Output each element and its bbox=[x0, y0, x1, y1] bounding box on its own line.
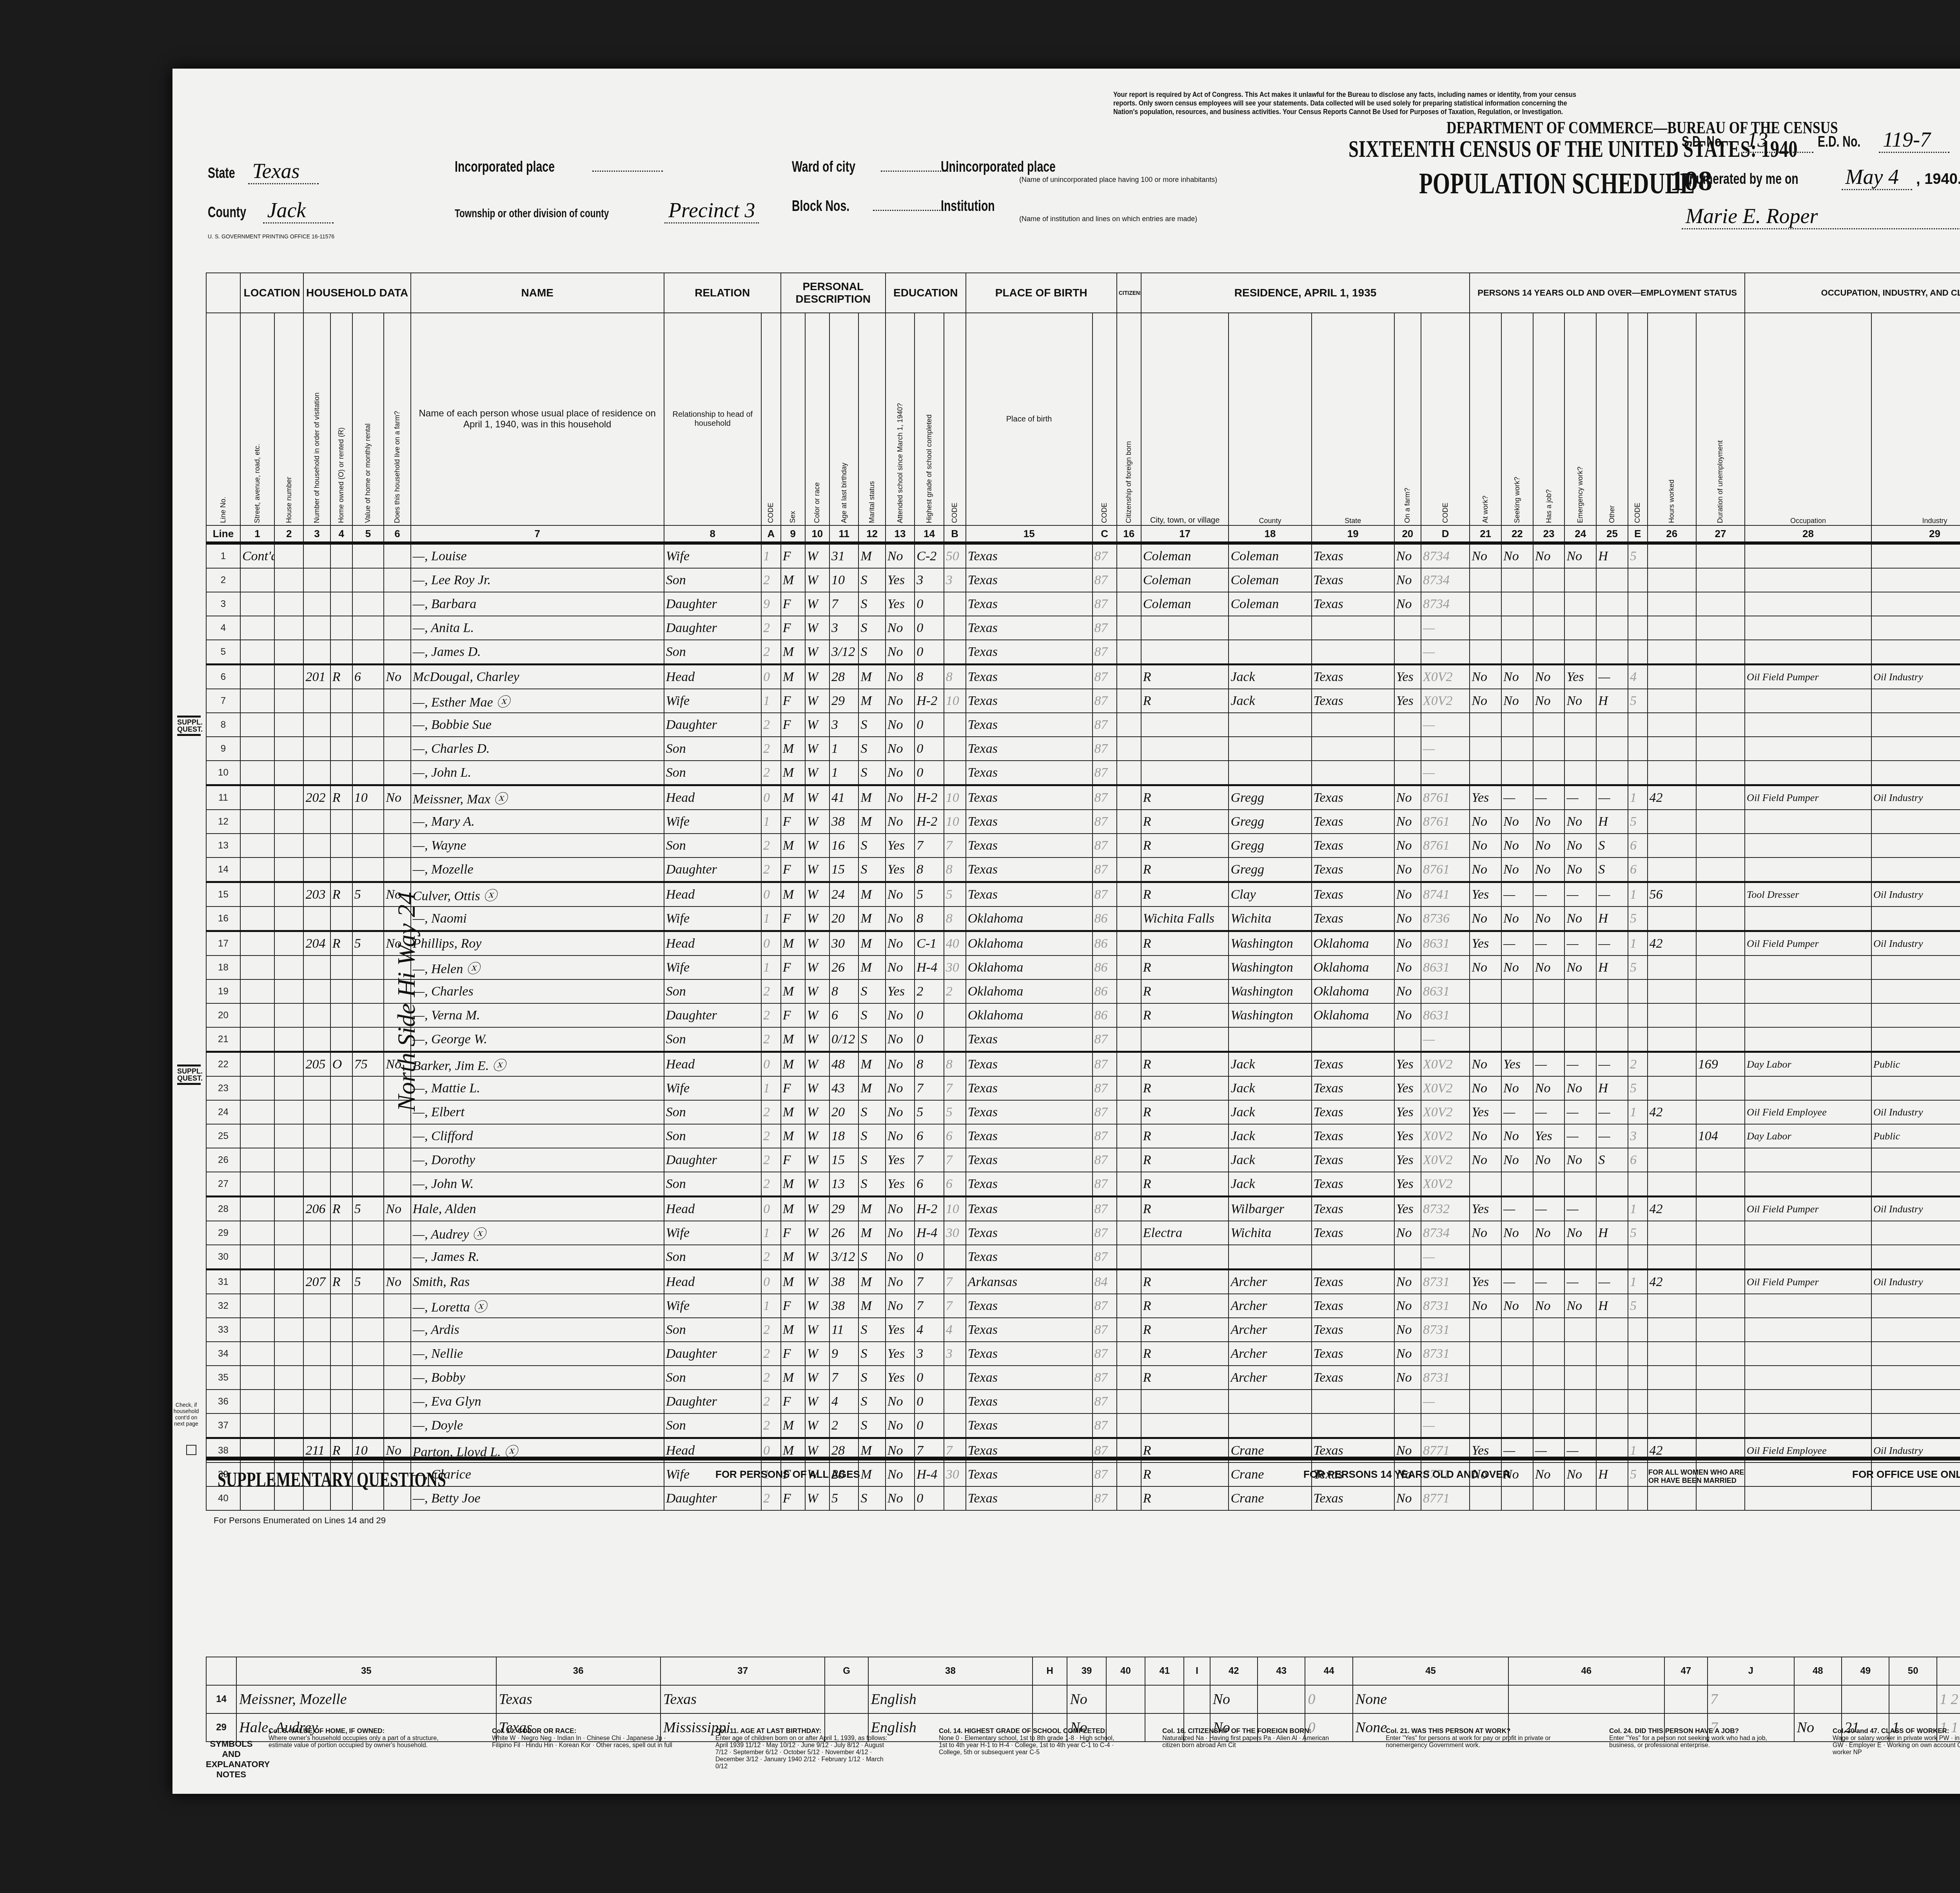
cell-other: H bbox=[1596, 956, 1628, 979]
cell-emergency: No bbox=[1564, 956, 1596, 979]
cell-code-d: X0V2 bbox=[1421, 1076, 1470, 1100]
cell-tenure bbox=[330, 1390, 352, 1413]
cell-grade: 0 bbox=[915, 1366, 944, 1390]
cell-has-job bbox=[1533, 1172, 1565, 1197]
cell-relation: Son bbox=[664, 761, 761, 785]
cell-farm bbox=[384, 1366, 410, 1390]
cell-relation: Son bbox=[664, 1027, 761, 1052]
cell-code-a: 2 bbox=[761, 1100, 781, 1124]
cell-code-c: 87 bbox=[1093, 1027, 1117, 1052]
incorporated-place-label: Incorporated place bbox=[455, 159, 555, 176]
group-household: HOUSEHOLD DATA bbox=[303, 273, 410, 313]
cell-emergency bbox=[1564, 1318, 1596, 1342]
col-header: County bbox=[1229, 313, 1311, 525]
cell-race: W bbox=[805, 1486, 829, 1510]
cell-occupation bbox=[1745, 1366, 1871, 1390]
cell-has-job: No bbox=[1533, 857, 1565, 882]
cell-grade: 0 bbox=[915, 640, 944, 665]
cell-value: 75 bbox=[352, 1052, 384, 1077]
cell-race: W bbox=[805, 1342, 829, 1366]
cell-seeking: — bbox=[1501, 931, 1533, 956]
cell-marital: M bbox=[858, 1462, 885, 1486]
cell-seeking bbox=[1501, 1486, 1533, 1510]
cell-at-work: No bbox=[1470, 1052, 1501, 1077]
cell-value bbox=[352, 592, 384, 616]
cell-value bbox=[352, 1366, 384, 1390]
cell-code-b: 30 bbox=[944, 956, 966, 979]
cell-birthplace: Texas bbox=[966, 1462, 1093, 1486]
cell-race: W bbox=[805, 834, 829, 857]
cell-at-work bbox=[1470, 1318, 1501, 1342]
cell-code-b: 3 bbox=[944, 568, 966, 592]
cell-marital: M bbox=[858, 1221, 885, 1245]
cell-res-city bbox=[1141, 1245, 1229, 1270]
cell-occupation bbox=[1745, 592, 1871, 616]
cell-occupation: Day Labor bbox=[1745, 1052, 1871, 1077]
cell-code-b bbox=[944, 737, 966, 761]
cell-tenure bbox=[330, 737, 352, 761]
cell-relation: Son bbox=[664, 1318, 761, 1342]
cell-tenure bbox=[330, 956, 352, 979]
cell-res-state: Texas bbox=[1312, 1197, 1394, 1221]
cell-code-a: 0 bbox=[761, 1197, 781, 1221]
col-header: On a farm? bbox=[1394, 313, 1421, 525]
cell-race: W bbox=[805, 1390, 829, 1413]
cell-industry bbox=[1871, 834, 1960, 857]
cell-code-b bbox=[944, 1245, 966, 1270]
cell-code-d: 8631 bbox=[1421, 979, 1470, 1003]
cell-street bbox=[240, 1318, 274, 1342]
cell-code-d: 8734 bbox=[1421, 1221, 1470, 1245]
cell-res-county bbox=[1229, 1027, 1311, 1052]
cell-emergency: No bbox=[1564, 1462, 1596, 1486]
cell-has-job: No bbox=[1533, 1076, 1565, 1100]
cell-marital: M bbox=[858, 956, 885, 979]
cell-sex: F bbox=[781, 1148, 805, 1172]
cell-sex: M bbox=[781, 1245, 805, 1270]
cell-line: 32 bbox=[206, 1294, 240, 1318]
person-row: 2—, Lee Roy Jr.Son2MW10SYes33Texas87Cole… bbox=[206, 568, 1960, 592]
cell-tenure bbox=[330, 1003, 352, 1027]
cell-code-c: 87 bbox=[1093, 1294, 1117, 1318]
cell-code-e: 6 bbox=[1628, 1148, 1648, 1172]
cell-unemp bbox=[1696, 1221, 1745, 1245]
cell-unemp bbox=[1696, 1294, 1745, 1318]
cell-at-work bbox=[1470, 1413, 1501, 1438]
cell-birthplace: Texas bbox=[966, 1294, 1093, 1318]
cell-at-work bbox=[1470, 761, 1501, 785]
cell-code-e bbox=[1628, 568, 1648, 592]
cell-other: H bbox=[1596, 543, 1628, 568]
cell-hours bbox=[1648, 857, 1696, 882]
cell-res-farm: No bbox=[1394, 543, 1421, 568]
cell-industry: Public bbox=[1871, 1124, 1960, 1148]
cell-other: — bbox=[1596, 1124, 1628, 1148]
cell-res-city: R bbox=[1141, 931, 1229, 956]
cell-value: 6 bbox=[352, 665, 384, 689]
cell-tenure bbox=[330, 592, 352, 616]
cell-marital: S bbox=[858, 1413, 885, 1438]
cell-race: W bbox=[805, 592, 829, 616]
cell-code-e bbox=[1628, 1342, 1648, 1366]
cell-code-e bbox=[1628, 1003, 1648, 1027]
cell-code-c: 87 bbox=[1093, 1172, 1117, 1197]
cell-street bbox=[240, 1027, 274, 1052]
column-number: 25 bbox=[1596, 525, 1628, 543]
cell-code-a: 2 bbox=[761, 1486, 781, 1510]
column-number: 21 bbox=[1470, 525, 1501, 543]
group-occupation: OCCUPATION, INDUSTRY, AND CLASS OF WORKE… bbox=[1745, 273, 1960, 313]
cell-visit bbox=[303, 1318, 330, 1342]
cell-emergency bbox=[1564, 1172, 1596, 1197]
cell-school: Yes bbox=[886, 857, 915, 882]
cell-sex: M bbox=[781, 1197, 805, 1221]
person-row: 28206R5NoHale, AldenHead0MW29MNoH-210Tex… bbox=[206, 1197, 1960, 1221]
cell-citizen bbox=[1117, 1100, 1141, 1124]
cell-emergency bbox=[1564, 1003, 1596, 1027]
cell-age: 1 bbox=[829, 737, 859, 761]
cell-other: H bbox=[1596, 689, 1628, 713]
cell-farm bbox=[384, 713, 410, 737]
cell-sex: F bbox=[781, 713, 805, 737]
cell-code-d: — bbox=[1421, 761, 1470, 785]
col-header: House number bbox=[274, 313, 304, 525]
cell-marital: M bbox=[858, 1294, 885, 1318]
cell-value bbox=[352, 1027, 384, 1052]
cell-res-city: R bbox=[1141, 1366, 1229, 1390]
cell-race: W bbox=[805, 689, 829, 713]
cell-hours bbox=[1648, 1221, 1696, 1245]
cell-school: No bbox=[886, 1390, 915, 1413]
incorporated-place-value bbox=[592, 171, 663, 172]
cell-tenure bbox=[330, 616, 352, 640]
person-row: 33—, ArdisSon2MW11SYes44Texas87RArcherTe… bbox=[206, 1318, 1960, 1342]
cell-grade: H-4 bbox=[915, 1462, 944, 1486]
cell-relation: Wife bbox=[664, 810, 761, 834]
cell-visit bbox=[303, 1413, 330, 1438]
cell-code-c: 87 bbox=[1093, 1342, 1117, 1366]
cell-visit bbox=[303, 857, 330, 882]
cell-name: —, Ardis bbox=[411, 1318, 664, 1342]
cell-has-job bbox=[1533, 568, 1565, 592]
cell-visit bbox=[303, 568, 330, 592]
cell-house bbox=[274, 1124, 304, 1148]
cell-industry bbox=[1871, 592, 1960, 616]
cell-hours bbox=[1648, 1390, 1696, 1413]
cell-relation: Son bbox=[664, 1100, 761, 1124]
confidentiality-notice: Your report is required by Act of Congre… bbox=[1113, 90, 1590, 116]
cell-tenure: R bbox=[330, 882, 352, 907]
cell-code-b bbox=[944, 1413, 966, 1438]
cell-res-farm: No bbox=[1394, 810, 1421, 834]
cell-emergency: — bbox=[1564, 1100, 1596, 1124]
col-header: Age at last birthday bbox=[829, 313, 859, 525]
cell-house bbox=[274, 1342, 304, 1366]
cell-race: W bbox=[805, 931, 829, 956]
cell-seeking bbox=[1501, 592, 1533, 616]
cell-seeking bbox=[1501, 979, 1533, 1003]
cell-value bbox=[352, 543, 384, 568]
note-heading: Col. 30 and 47. CLASS OF WORKER: bbox=[1833, 1727, 1960, 1735]
cell-industry bbox=[1871, 1294, 1960, 1318]
cell-grade: 8 bbox=[915, 665, 944, 689]
cell-marital: S bbox=[858, 1366, 885, 1390]
cell-value bbox=[352, 689, 384, 713]
cell-industry bbox=[1871, 857, 1960, 882]
cell-res-farm bbox=[1394, 616, 1421, 640]
person-row: 20—, Verna M.Daughter2FW6SNo0Oklahoma86R… bbox=[206, 1003, 1960, 1027]
cell-unemp bbox=[1696, 834, 1745, 857]
enumerator-field: Marie E. Roper , Enumerator. bbox=[1682, 204, 1960, 229]
cell-code-c: 87 bbox=[1093, 1390, 1117, 1413]
unincorporated-label: Unincorporated place bbox=[941, 159, 1056, 176]
cell-res-city: Wichita Falls bbox=[1141, 907, 1229, 931]
cell-res-county: Archer bbox=[1229, 1270, 1311, 1294]
cell-seeking: No bbox=[1501, 1221, 1533, 1245]
cell-birthplace: Texas bbox=[966, 737, 1093, 761]
cell-code-c: 86 bbox=[1093, 1003, 1117, 1027]
cell-marital: S bbox=[858, 1003, 885, 1027]
cell-res-farm: No bbox=[1394, 1003, 1421, 1027]
cell-line: 9 bbox=[206, 737, 240, 761]
cell-tenure bbox=[330, 640, 352, 665]
cell-code-c: 87 bbox=[1093, 882, 1117, 907]
cell-res-state: Texas bbox=[1312, 1294, 1394, 1318]
cell-res-city bbox=[1141, 1027, 1229, 1052]
cell-res-state: Texas bbox=[1312, 1124, 1394, 1148]
cell-birthplace: Texas bbox=[966, 1027, 1093, 1052]
col-header: Highest grade of school completed bbox=[915, 313, 944, 525]
col-header: Occupation bbox=[1745, 313, 1871, 525]
cell-code-e bbox=[1628, 1366, 1648, 1390]
cell-code-e bbox=[1628, 1245, 1648, 1270]
cell-citizen bbox=[1117, 834, 1141, 857]
cell-line: 25 bbox=[206, 1124, 240, 1148]
supp-column-number: 49 bbox=[1842, 1657, 1889, 1685]
cell-seeking: — bbox=[1501, 785, 1533, 810]
cell-unemp bbox=[1696, 1342, 1745, 1366]
cell-code-c: 87 bbox=[1093, 713, 1117, 737]
supp-cell-office: 1 2 2 15 1 8 6 0 0 0 0 2 bbox=[1937, 1685, 1960, 1713]
cell-grade: H-4 bbox=[915, 1221, 944, 1245]
cell-house bbox=[274, 1197, 304, 1221]
cell-code-b: 8 bbox=[944, 857, 966, 882]
household-continued-checkbox[interactable] bbox=[186, 1445, 196, 1455]
cell-at-work bbox=[1470, 1486, 1501, 1510]
cell-house bbox=[274, 713, 304, 737]
cell-industry bbox=[1871, 737, 1960, 761]
cell-code-c: 87 bbox=[1093, 1124, 1117, 1148]
census-sheet: Your report is required by Act of Congre… bbox=[172, 69, 1960, 1794]
cell-farm bbox=[384, 568, 410, 592]
cell-seeking bbox=[1501, 1318, 1533, 1342]
cell-street bbox=[240, 568, 274, 592]
supp-cell-mother: Texas bbox=[661, 1685, 825, 1713]
state-label: State bbox=[208, 165, 235, 182]
cell-hours bbox=[1648, 1052, 1696, 1077]
cell-has-job bbox=[1533, 640, 1565, 665]
cell-sex: M bbox=[781, 737, 805, 761]
cell-res-county: Jack bbox=[1229, 1148, 1311, 1172]
cell-res-city: R bbox=[1141, 810, 1229, 834]
cell-tenure bbox=[330, 543, 352, 568]
supp-column-number: 42 bbox=[1210, 1657, 1258, 1685]
cell-birthplace: Texas bbox=[966, 1486, 1093, 1510]
cell-res-city bbox=[1141, 761, 1229, 785]
supp-cell-married-once bbox=[1794, 1685, 1842, 1713]
cell-line: 36 bbox=[206, 1390, 240, 1413]
cell-other bbox=[1596, 1390, 1628, 1413]
cell-res-farm bbox=[1394, 713, 1421, 737]
cell-race: W bbox=[805, 1027, 829, 1052]
cell-has-job: No bbox=[1533, 907, 1565, 931]
cell-name: —, Mary A. bbox=[411, 810, 664, 834]
cell-birthplace: Texas bbox=[966, 1052, 1093, 1077]
column-number: 9 bbox=[781, 525, 805, 543]
block-field: Block Nos. bbox=[792, 198, 944, 215]
cell-occupation bbox=[1745, 616, 1871, 640]
cell-citizen bbox=[1117, 665, 1141, 689]
cell-has-job: — bbox=[1533, 882, 1565, 907]
cell-code-a: 2 bbox=[761, 1342, 781, 1366]
cell-farm bbox=[384, 761, 410, 785]
note-heading: Col. 10. COLOR OR RACE: bbox=[492, 1727, 672, 1735]
cell-sex: F bbox=[781, 907, 805, 931]
cell-res-farm: No bbox=[1394, 956, 1421, 979]
cell-code-d: 8631 bbox=[1421, 956, 1470, 979]
person-row: 7—, Esther Mae ⓧWife1FW29MNoH-210Texas87… bbox=[206, 689, 1960, 713]
cell-race: W bbox=[805, 1294, 829, 1318]
cell-emergency bbox=[1564, 1245, 1596, 1270]
cell-race: W bbox=[805, 1245, 829, 1270]
cell-farm bbox=[384, 640, 410, 665]
cell-line: 21 bbox=[206, 1027, 240, 1052]
cell-grade: 0 bbox=[915, 761, 944, 785]
cell-code-e: 5 bbox=[1628, 1221, 1648, 1245]
cell-at-work bbox=[1470, 1366, 1501, 1390]
cell-citizen bbox=[1117, 1462, 1141, 1486]
supp-cell-ss: No bbox=[1210, 1685, 1258, 1713]
cell-at-work: No bbox=[1470, 543, 1501, 568]
cell-unemp bbox=[1696, 616, 1745, 640]
cell-relation: Daughter bbox=[664, 592, 761, 616]
cell-other: — bbox=[1596, 1270, 1628, 1294]
cell-citizen bbox=[1117, 689, 1141, 713]
cell-sex: F bbox=[781, 956, 805, 979]
cell-code-a: 2 bbox=[761, 1148, 781, 1172]
cell-hours bbox=[1648, 665, 1696, 689]
cell-birthplace: Texas bbox=[966, 1124, 1093, 1148]
cell-line: 4 bbox=[206, 616, 240, 640]
cell-visit bbox=[303, 907, 330, 931]
cell-value bbox=[352, 1172, 384, 1197]
cell-sex: F bbox=[781, 543, 805, 568]
suppl-quest-tag-14: SUPPL. QUEST. bbox=[177, 716, 201, 736]
cell-res-farm: Yes bbox=[1394, 1076, 1421, 1100]
cell-industry bbox=[1871, 1172, 1960, 1197]
cell-seeking: No bbox=[1501, 907, 1533, 931]
ed-value: 119-7 bbox=[1879, 127, 1949, 153]
cell-other bbox=[1596, 1342, 1628, 1366]
cell-sex: F bbox=[781, 1486, 805, 1510]
cell-citizen bbox=[1117, 1124, 1141, 1148]
cell-at-work: No bbox=[1470, 857, 1501, 882]
column-number: 17 bbox=[1141, 525, 1229, 543]
cell-seeking: — bbox=[1501, 882, 1533, 907]
cell-grade: 0 bbox=[915, 616, 944, 640]
cell-res-county: Gregg bbox=[1229, 785, 1311, 810]
cell-age: 9 bbox=[829, 1342, 859, 1366]
cell-line: 2 bbox=[206, 568, 240, 592]
cell-farm bbox=[384, 1124, 410, 1148]
cell-res-county: Crane bbox=[1229, 1462, 1311, 1486]
cell-code-d: 8734 bbox=[1421, 568, 1470, 592]
cell-race: W bbox=[805, 737, 829, 761]
supp-column-number: 40 bbox=[1106, 1657, 1145, 1685]
cell-res-county bbox=[1229, 1245, 1311, 1270]
cell-res-state: Texas bbox=[1312, 665, 1394, 689]
cell-farm bbox=[384, 834, 410, 857]
cell-sex: M bbox=[781, 1124, 805, 1148]
col-header: Other bbox=[1596, 313, 1628, 525]
cell-sex: M bbox=[781, 1100, 805, 1124]
cell-code-e bbox=[1628, 1172, 1648, 1197]
cell-street bbox=[240, 931, 274, 956]
cell-at-work: No bbox=[1470, 1124, 1501, 1148]
cell-farm bbox=[384, 1148, 410, 1172]
cell-other bbox=[1596, 640, 1628, 665]
cell-visit: 206 bbox=[303, 1197, 330, 1221]
supp-cell-industry bbox=[1508, 1685, 1664, 1713]
cell-code-b: 50 bbox=[944, 543, 966, 568]
note-heading: Col. 21. WAS THIS PERSON AT WORK? bbox=[1386, 1727, 1566, 1735]
cell-code-e: 6 bbox=[1628, 834, 1648, 857]
col-header: CODE bbox=[1628, 313, 1648, 525]
cell-res-county: Jack bbox=[1229, 665, 1311, 689]
cell-code-a: 1 bbox=[761, 1076, 781, 1100]
cell-other bbox=[1596, 1486, 1628, 1510]
cell-occupation: Oil Field Pumper bbox=[1745, 665, 1871, 689]
cell-has-job: — bbox=[1533, 785, 1565, 810]
cell-res-county: Jack bbox=[1229, 1052, 1311, 1077]
cell-res-state: Texas bbox=[1312, 1318, 1394, 1342]
cell-relation: Daughter bbox=[664, 1342, 761, 1366]
supp-cell-code-j: 7 bbox=[1708, 1685, 1794, 1713]
cell-unemp: 169 bbox=[1696, 1052, 1745, 1077]
cell-code-a: 2 bbox=[761, 568, 781, 592]
cell-name: McDougal, Charley bbox=[411, 665, 664, 689]
cell-res-city: R bbox=[1141, 689, 1229, 713]
cell-farm bbox=[384, 1294, 410, 1318]
institution-field: Institution (Name of institution and lin… bbox=[941, 198, 1197, 223]
cell-value bbox=[352, 857, 384, 882]
cell-res-county bbox=[1229, 640, 1311, 665]
cell-hours: 42 bbox=[1648, 785, 1696, 810]
cell-age: 31 bbox=[829, 543, 859, 568]
suppl-quest-tag-29: SUPPL. QUEST. bbox=[177, 1065, 201, 1085]
cell-school: No bbox=[886, 785, 915, 810]
cell-visit bbox=[303, 1100, 330, 1124]
cell-res-state: Texas bbox=[1312, 882, 1394, 907]
note-block: Col. 14. HIGHEST GRADE OF SCHOOL COMPLET… bbox=[939, 1727, 1119, 1756]
cell-other: — bbox=[1596, 1052, 1628, 1077]
cell-code-b bbox=[944, 1003, 966, 1027]
cell-res-state: Texas bbox=[1312, 1172, 1394, 1197]
cell-industry bbox=[1871, 689, 1960, 713]
cell-race: W bbox=[805, 640, 829, 665]
cell-sex: F bbox=[781, 1076, 805, 1100]
supp-cell-class bbox=[1664, 1685, 1708, 1713]
